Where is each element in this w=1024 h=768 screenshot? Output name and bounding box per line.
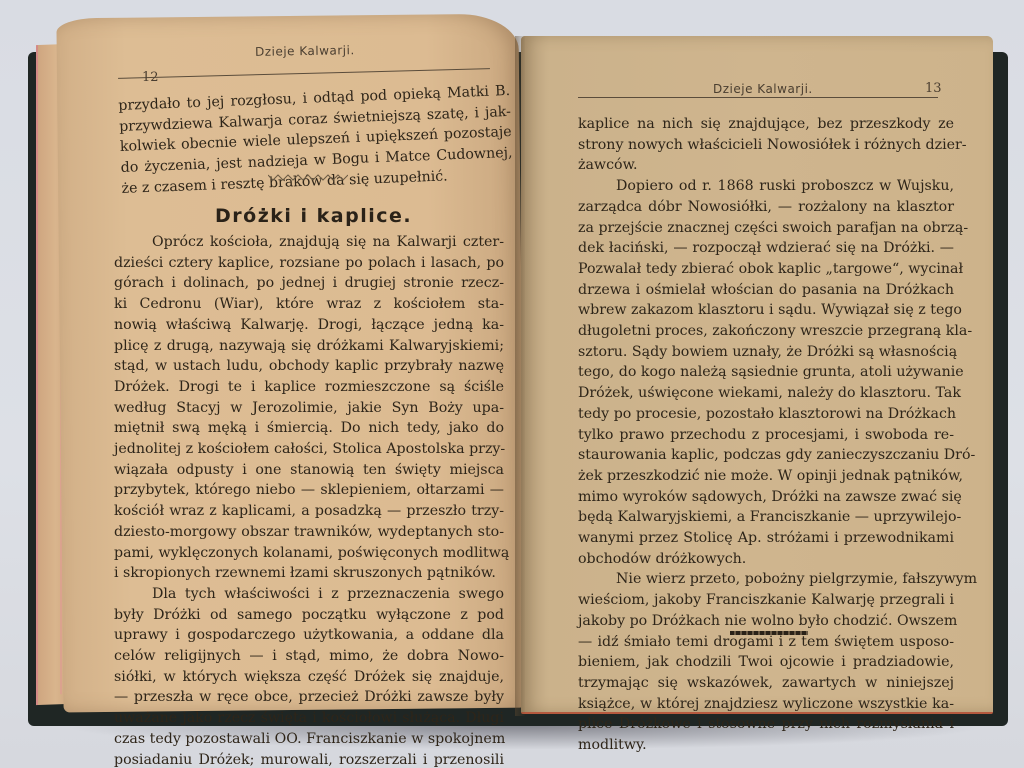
text-line: wieściom, jakoby Franciszkanie Kalwarję … xyxy=(578,590,954,611)
left-page-number: 12 xyxy=(142,70,159,85)
text-line: bieniem, jak chodzili Twoi ojcowie i pra… xyxy=(578,652,954,673)
text-line: nowią właściwą Kalwarję. Drogi, łączące … xyxy=(114,315,504,336)
text-line: długoletni proces, zakończony wreszcie p… xyxy=(578,321,954,342)
text-line: żawców. xyxy=(578,155,954,176)
text-line: jednolitej z kościołem całości, Stolica … xyxy=(114,439,504,460)
text-line: drzewa i ośmielał włościan do pasania na… xyxy=(578,280,954,301)
text-line: Dla tych właściwości i z przeznaczenia s… xyxy=(114,584,504,605)
text-line: według Stacyj w Jerozolimie, jakie Syn B… xyxy=(114,398,504,419)
text-line: trzymając się wskazówek, zawartych w nin… xyxy=(578,673,954,694)
text-line: stąd, w ustach ludu, obchody kaplic przy… xyxy=(114,356,504,377)
text-line: tego, do kogo należą sąsiednie grunta, a… xyxy=(578,362,954,383)
text-line: żek przeszkodzić nie może. W opinji jedn… xyxy=(578,466,954,487)
left-body-text: Oprócz kościoła, znajdują się na Kalwarj… xyxy=(114,232,504,768)
end-ornament xyxy=(730,631,808,635)
text-line: kościół wraz z kaplicami, a posadzką — p… xyxy=(114,501,504,522)
text-line: Oprócz kościoła, znajdują się na Kalwarj… xyxy=(114,232,504,253)
text-line: sztoru. Sądy bowiem uznały, że Dróżki są… xyxy=(578,342,954,363)
text-line: były Dróżki od samego początku wyłączone… xyxy=(114,605,504,626)
right-page-number: 13 xyxy=(925,81,942,96)
text-line: książce, w której znajdziesz wyliczone w… xyxy=(578,694,954,715)
text-line: Nie wierz przeto, pobożny pielgrzymie, f… xyxy=(578,569,954,590)
text-line: miętnił swą męką i śmiercią. Do nich ted… xyxy=(114,418,504,439)
section-heading: Dróżki i kaplice. xyxy=(215,205,412,227)
text-line: tylko prawo przechodu z procesjami, i sw… xyxy=(578,425,954,446)
text-line: obchodów dróżkowych. xyxy=(578,549,954,570)
text-line: mimo wyroków sądowych, Dróżki na zawsze … xyxy=(578,487,954,508)
text-line: dziesto-morgowy obszar trawników, wydept… xyxy=(114,522,504,543)
text-line: modlitwy. xyxy=(578,735,954,756)
text-line: górach i dolinach, po jednej i drugiej s… xyxy=(114,273,504,294)
text-line: jakoby po Dróżkach nie wolno było chodzi… xyxy=(578,611,954,632)
text-line: czas tedy pozostawali OO. Franciszkanie … xyxy=(114,729,504,750)
text-line: uprawy i gospodarczego użytkowania, a od… xyxy=(114,625,504,646)
text-line: plicę z drugą, nazywają się dróżkami Kal… xyxy=(114,336,504,357)
text-line: Dopiero od r. 1868 ruski proboszcz w Wuj… xyxy=(578,176,954,197)
text-line: celów religijnych — i stąd, mimo, że dob… xyxy=(114,646,504,667)
text-line: wanymi przez Stolicę Ap. stróżami i prze… xyxy=(578,528,954,549)
text-line: — przeszła w ręce obce, przecież Dróżki … xyxy=(114,687,504,708)
text-line: Dróżek. Drogi te i kaplice rozmieszczone… xyxy=(114,377,504,398)
text-line: ki Cedronu (Wiar), które wraz z kościołe… xyxy=(114,294,504,315)
text-line: tedy po procesie, pozostało klasztorowi … xyxy=(578,404,954,425)
text-line: pami, wyklęczonych kolanami, poświęconyc… xyxy=(114,543,504,564)
text-line: siółki, w których większa część Dróżek s… xyxy=(114,667,504,688)
text-line: uważane jako rzecz święta i kościołowi s… xyxy=(114,708,504,729)
text-line: staurowania kaplic, podczas gdy zanieczy… xyxy=(578,445,954,466)
text-line: wbrew zakazom klasztoru i sądu. Wywiązał… xyxy=(578,300,954,321)
text-line: za przejście znacznej części swoich para… xyxy=(578,218,954,239)
book-gutter xyxy=(515,36,525,716)
text-line: przybytek, którego niebo — sklepieniem, … xyxy=(114,480,504,501)
text-line: dek łaciński, — rozpoczął wdzierać się n… xyxy=(578,238,954,259)
text-line: wiązała odpusty i one stanowią ten święt… xyxy=(114,460,504,481)
text-line: dzieści cztery kaplice, rozsiane po pola… xyxy=(114,253,504,274)
text-line: posiadaniu Dróżek; murowali, rozszerzali… xyxy=(114,750,504,768)
text-line: strony nowych właścicieli Nowosiółek i r… xyxy=(578,135,954,156)
right-running-head: Dzieje Kalwarji. xyxy=(713,82,813,96)
right-body-text: kaplice na nich się znajdujące, bez prze… xyxy=(578,114,954,756)
text-line: Dróżek, uświęcone wiekami, należy do kla… xyxy=(578,383,954,404)
text-line: będą Kalwaryjskiemi, a Franciszkanie — u… xyxy=(578,507,954,528)
right-header-rule xyxy=(578,97,938,98)
text-line: Pozwalał tedy zbierać obok kaplic „targo… xyxy=(578,259,954,280)
zigzag-ornament xyxy=(268,172,348,182)
text-line: i skropionych rzewnemi łzami skruszonych… xyxy=(114,563,504,584)
text-line: kaplice na nich się znajdujące, bez prze… xyxy=(578,114,954,135)
left-running-head: Dzieje Kalwarji. xyxy=(255,43,355,59)
text-line: plice Dróżkowe i stosowne przy nich rozm… xyxy=(578,714,954,735)
text-line: zarządca dóbr Nowosiółki, — rozżalony na… xyxy=(578,197,954,218)
